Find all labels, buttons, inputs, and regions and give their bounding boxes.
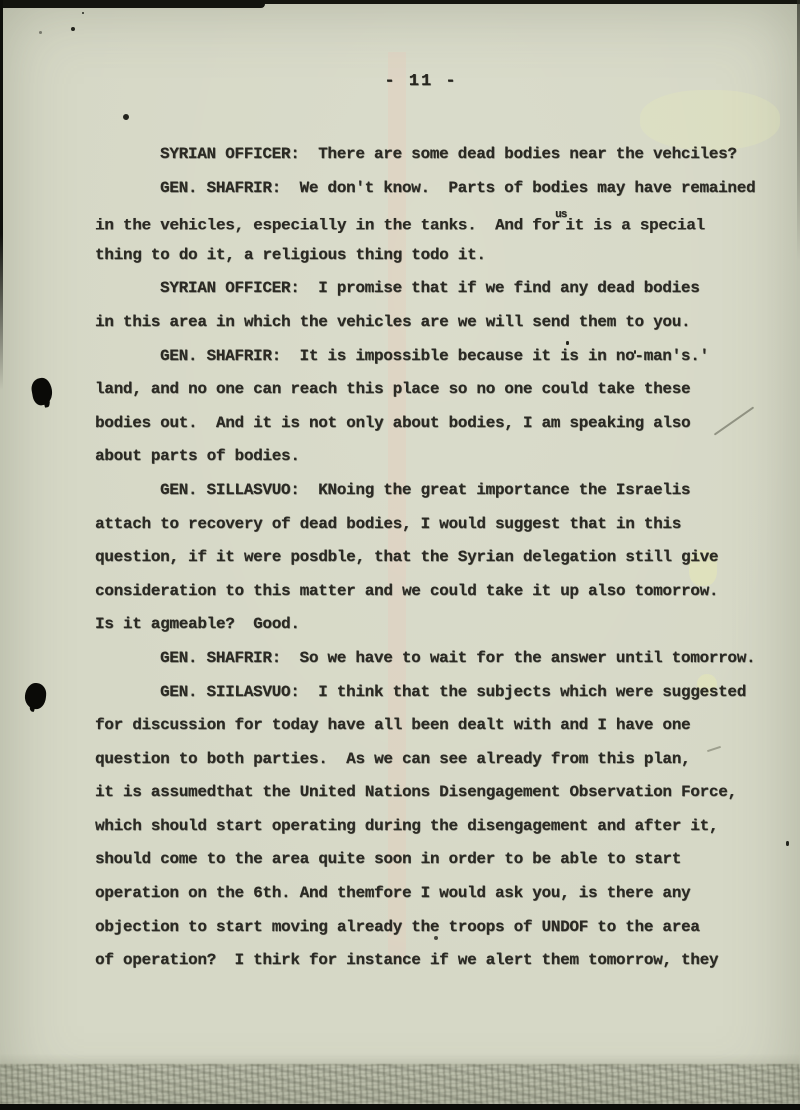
text-line: attach to recovery of dead bodies, I wou… bbox=[95, 508, 800, 542]
text-line: GEN. SHAFRIR: So we have to wait for the… bbox=[95, 642, 800, 676]
ink-speck bbox=[786, 841, 789, 846]
hole-punch-mark bbox=[30, 376, 54, 406]
ink-speck bbox=[39, 31, 42, 34]
text-line: SYRIAN OFFICER: There are some dead bodi… bbox=[95, 138, 800, 172]
hole-punch-mark bbox=[24, 682, 48, 710]
scanned-document-page: - 11 - SYRIAN OFFICER: There are some de… bbox=[0, 0, 800, 1110]
ink-speck bbox=[434, 936, 438, 940]
text-line: GEN. SIILASVUO: I think that the subject… bbox=[95, 676, 800, 710]
text-line: Is it agmeable? Good. bbox=[95, 608, 800, 642]
text-line: it is assumedthat the United Nations Dis… bbox=[95, 776, 800, 810]
text-line: thing to do it, a religious thing todo i… bbox=[95, 239, 800, 273]
text-line: bodies out. And it is not only about bod… bbox=[95, 407, 800, 441]
ink-speck bbox=[634, 350, 636, 354]
text-line: consideration to this matter and we coul… bbox=[95, 575, 800, 609]
ink-speck bbox=[566, 341, 569, 345]
text-line: in the vehicles, especially in the tanks… bbox=[95, 205, 800, 239]
page-number: - 11 - bbox=[0, 72, 800, 91]
text-line: for discussion for today have all been d… bbox=[95, 709, 800, 743]
ink-speck bbox=[71, 27, 75, 31]
text-line: operation on the 6th. And themfore I wou… bbox=[95, 877, 800, 911]
text-line: about parts of bodies. bbox=[95, 440, 800, 474]
text-line: in this area in which the vehicles are w… bbox=[95, 306, 800, 340]
scan-edge-bottom bbox=[0, 1104, 800, 1110]
text-line: SYRIAN OFFICER: I promise that if we fin… bbox=[95, 272, 800, 306]
text-line: which should start operating during the … bbox=[95, 810, 800, 844]
ink-speck bbox=[82, 12, 84, 14]
document-body: SYRIAN OFFICER: There are some dead bodi… bbox=[95, 138, 800, 978]
typed-superscript: us bbox=[555, 209, 566, 221]
text-line: land, and no one can reach this place so… bbox=[95, 373, 800, 407]
scan-edge-top-left bbox=[0, 0, 265, 8]
text-line: should come to the area quite soon in or… bbox=[95, 843, 800, 877]
text-line: of operation? I thirk for instance if we… bbox=[95, 944, 800, 978]
text-line: GEN. SHAFRIR: We don't know. Parts of bo… bbox=[95, 172, 800, 206]
scan-edge-left bbox=[0, 0, 3, 390]
text-line: question, if it were posdble, that the S… bbox=[95, 541, 800, 575]
text-line: GEN. SILLASVUO: KNoing the great importa… bbox=[95, 474, 800, 508]
ink-speck bbox=[123, 114, 129, 120]
scan-noise-band bbox=[0, 1064, 800, 1104]
text-line: GEN. SHAFRIR: It is impossible because i… bbox=[95, 340, 800, 374]
text-line: question to both parties. As we can see … bbox=[95, 743, 800, 777]
text-line: objection to start moving already the tr… bbox=[95, 911, 800, 945]
